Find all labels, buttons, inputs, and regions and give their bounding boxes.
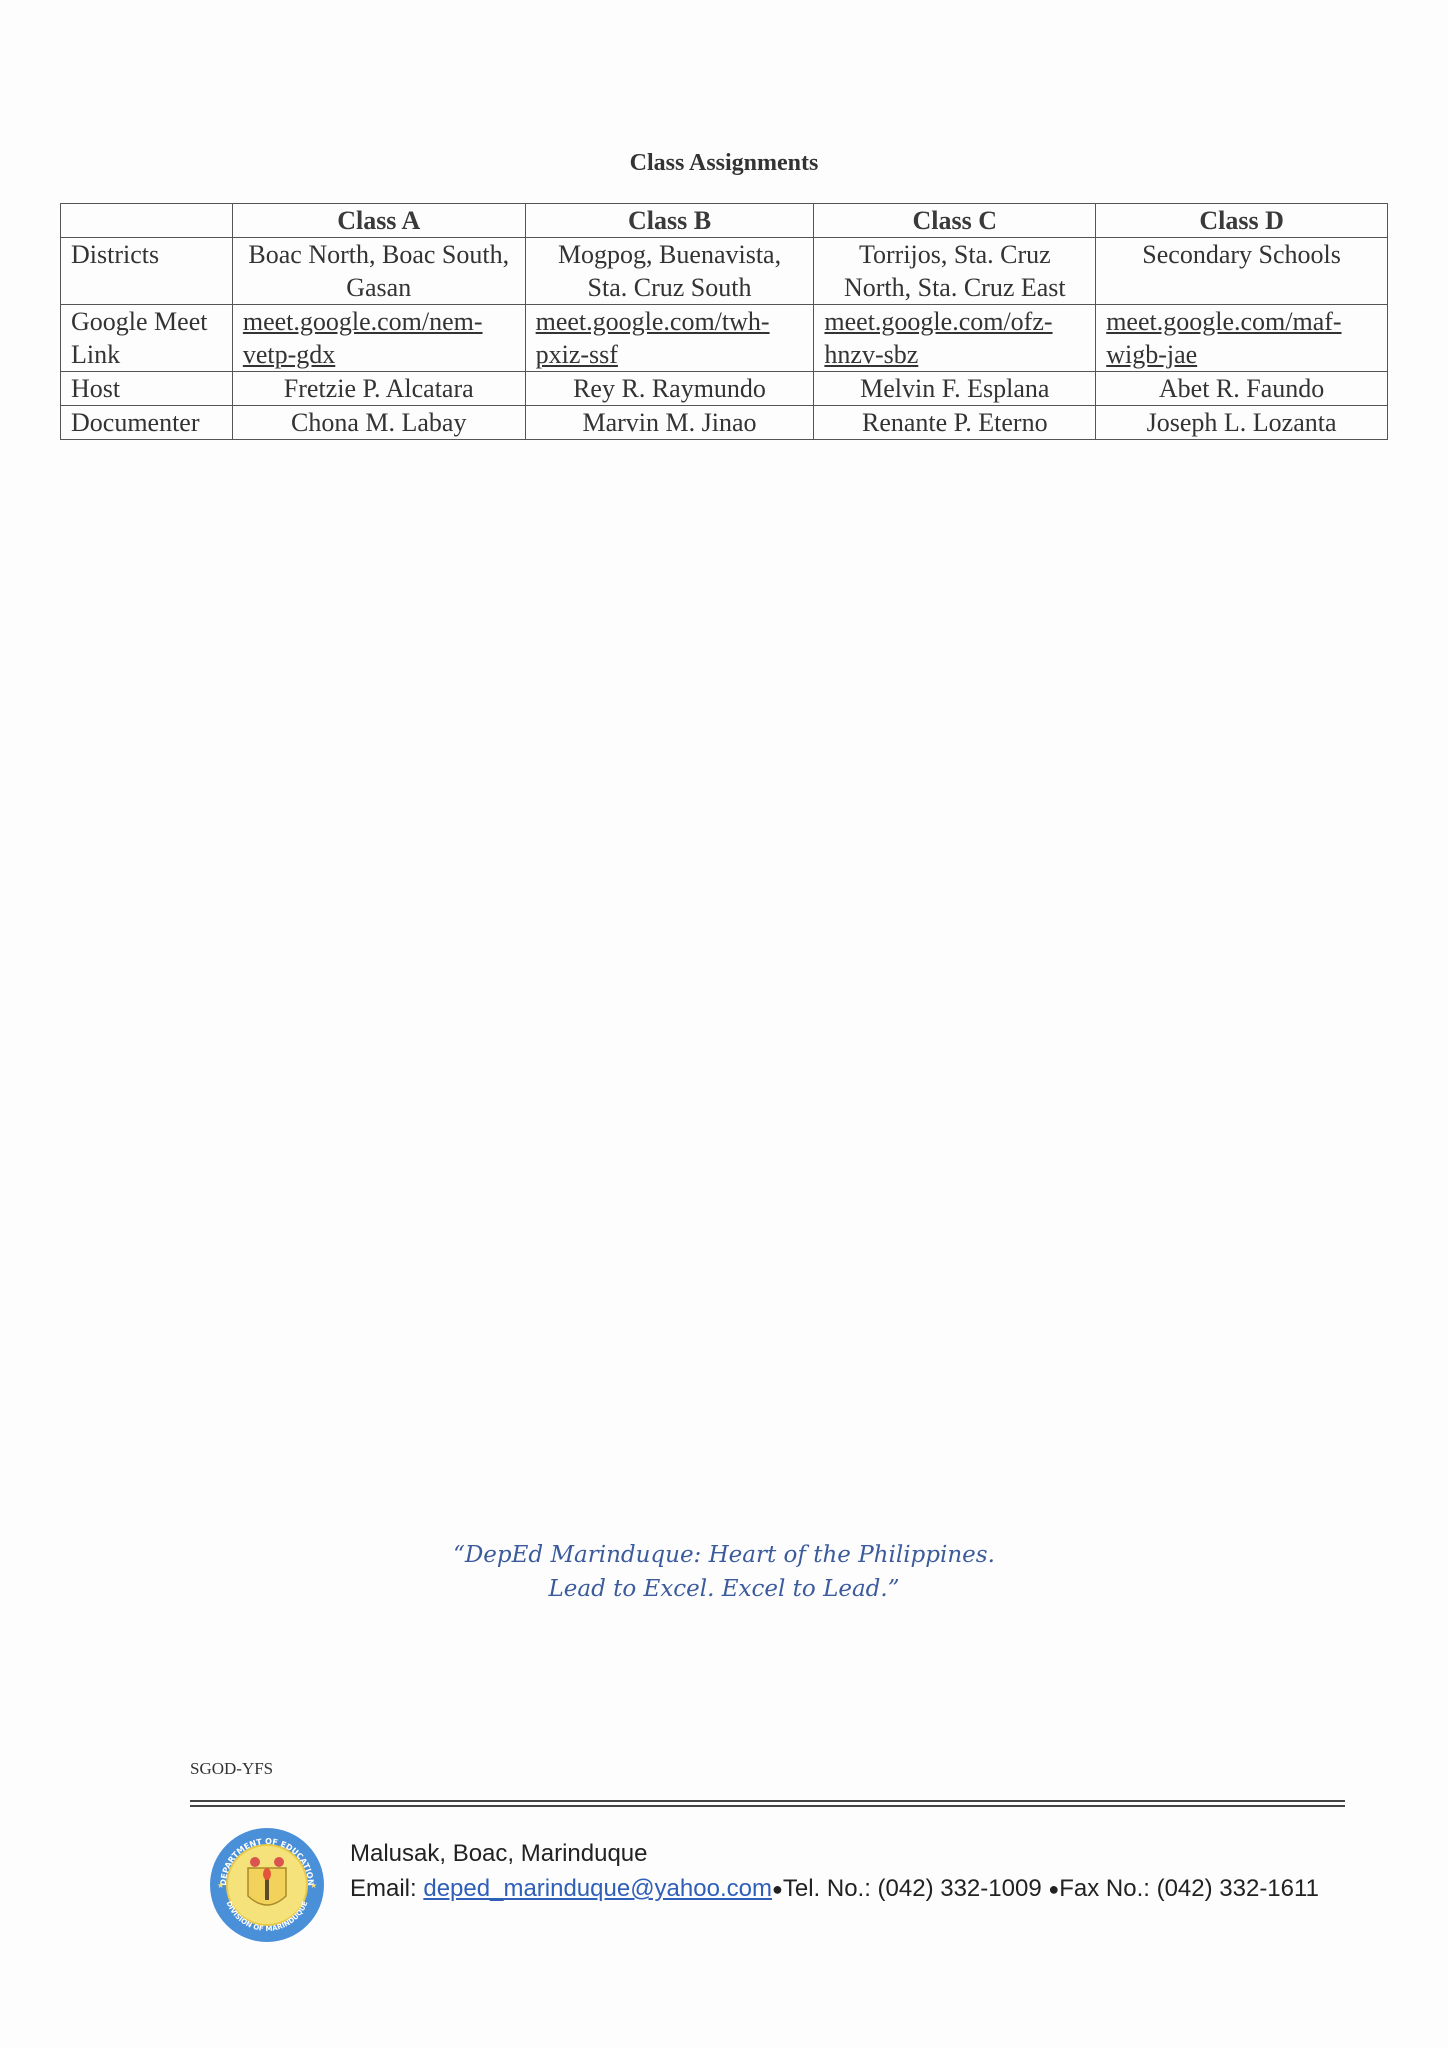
document-code: SGOD-YFS xyxy=(190,1759,273,1779)
cell-districts-d: Secondary Schools xyxy=(1096,238,1388,305)
header-class-d: Class D xyxy=(1096,204,1388,238)
cell-documenter-d: Joseph L. Lozanta xyxy=(1096,406,1388,440)
header-class-c: Class C xyxy=(814,204,1096,238)
table-row-meet-link: Google Meet Link meet.google.com/nem-vet… xyxy=(61,305,1388,372)
address: Malusak, Boac, Marinduque xyxy=(350,1836,1319,1871)
page-title: Class Assignments xyxy=(0,150,1448,177)
svg-text:★: ★ xyxy=(217,1881,224,1890)
header-empty xyxy=(61,204,233,238)
cell-districts-b: Mogpog, Buenavista, Sta. Cruz South xyxy=(525,238,814,305)
row-label: Districts xyxy=(61,238,233,305)
svg-text:★: ★ xyxy=(310,1881,317,1890)
email-label: Email: xyxy=(350,1875,423,1902)
contact-line: Email: deped_marinduque@yahoo.com●Tel. N… xyxy=(350,1871,1319,1907)
header-class-b: Class B xyxy=(525,204,814,238)
cell-link-d: meet.google.com/maf-wigb-jae xyxy=(1096,305,1388,372)
document-page: { "document": { "title": "Class Assignme… xyxy=(0,0,1448,2048)
telephone: Tel. No.: (042) 332-1009 xyxy=(783,1875,1049,1902)
header-class-a: Class A xyxy=(232,204,525,238)
cell-host-d: Abet R. Faundo xyxy=(1096,372,1388,406)
table-row-documenter: Documenter Chona M. Labay Marvin M. Jina… xyxy=(61,406,1388,440)
cell-documenter-c: Renante P. Eterno xyxy=(814,406,1096,440)
row-label: Host xyxy=(61,372,233,406)
table-row-districts: Districts Boac North, Boac South, Gasan … xyxy=(61,238,1388,305)
motto-line-1: “DepEd Marinduque: Heart of the Philippi… xyxy=(0,1538,1448,1572)
meet-link-class-a[interactable]: meet.google.com/nem-vetp-gdx xyxy=(243,307,483,369)
contact-info: Malusak, Boac, Marinduque Email: deped_m… xyxy=(350,1836,1319,1907)
table-row-host: Host Fretzie P. Alcatara Rey R. Raymundo… xyxy=(61,372,1388,406)
footer-divider xyxy=(190,1800,1345,1807)
cell-districts-c: Torrijos, Sta. Cruz North, Sta. Cruz Eas… xyxy=(814,238,1096,305)
cell-host-a: Fretzie P. Alcatara xyxy=(232,372,525,406)
cell-link-b: meet.google.com/twh-pxiz-ssf xyxy=(525,305,814,372)
cell-host-c: Melvin F. Esplana xyxy=(814,372,1096,406)
email-link[interactable]: deped_marinduque@yahoo.com xyxy=(423,1875,772,1902)
bullet-icon: ● xyxy=(772,1879,783,1899)
cell-host-b: Rey R. Raymundo xyxy=(525,372,814,406)
cell-districts-a: Boac North, Boac South, Gasan xyxy=(232,238,525,305)
cell-link-c: meet.google.com/ofz-hnzv-sbz xyxy=(814,305,1096,372)
meet-link-class-b[interactable]: meet.google.com/twh-pxiz-ssf xyxy=(536,307,770,369)
deped-seal-icon: DEPARTMENT OF EDUCATION DIVISION OF MARI… xyxy=(208,1826,326,1944)
motto: “DepEd Marinduque: Heart of the Philippi… xyxy=(0,1538,1448,1606)
class-assignments-table: Class A Class B Class C Class D District… xyxy=(60,203,1388,440)
cell-link-a: meet.google.com/nem-vetp-gdx xyxy=(232,305,525,372)
motto-line-2: Lead to Excel. Excel to Lead.” xyxy=(0,1572,1448,1606)
fax: Fax No.: (042) 332-1611 xyxy=(1059,1875,1319,1902)
bullet-icon: ● xyxy=(1048,1879,1059,1899)
row-label: Documenter xyxy=(61,406,233,440)
meet-link-class-d[interactable]: meet.google.com/maf-wigb-jae xyxy=(1106,307,1341,369)
cell-documenter-b: Marvin M. Jinao xyxy=(525,406,814,440)
table-header-row: Class A Class B Class C Class D xyxy=(61,204,1388,238)
meet-link-class-c[interactable]: meet.google.com/ofz-hnzv-sbz xyxy=(824,307,1052,369)
row-label: Google Meet Link xyxy=(61,305,233,372)
cell-documenter-a: Chona M. Labay xyxy=(232,406,525,440)
